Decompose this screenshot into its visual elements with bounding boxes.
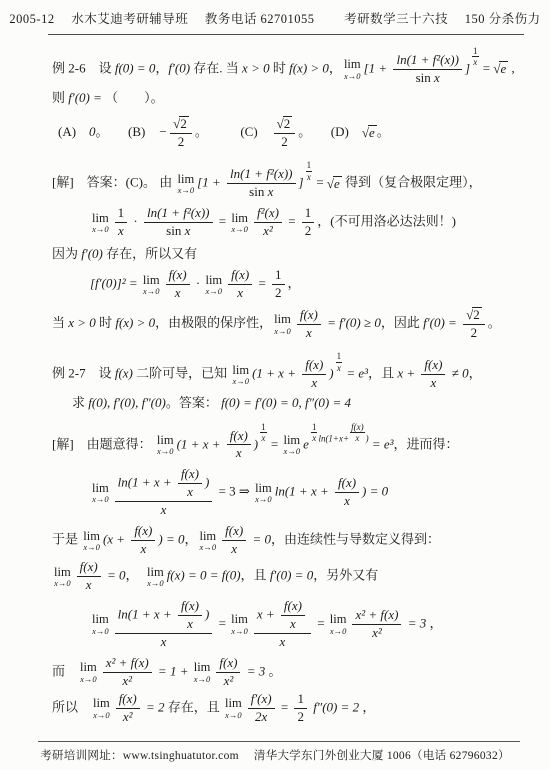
limit-subscript: x→0	[157, 447, 174, 456]
fraction: 1x	[472, 46, 479, 68]
math-run: = 3	[243, 663, 265, 678]
limit-word: lim	[205, 274, 222, 287]
math-run: x	[344, 493, 350, 508]
denominator: x	[115, 634, 213, 650]
numerator: 1	[336, 351, 343, 362]
limit-subscript: x→0	[205, 287, 222, 296]
page-footer: 考研培训网址：www.tsinghuatutor.com 清华大学东门外创业大厦…	[0, 747, 550, 763]
denominator: x	[335, 493, 359, 509]
fraction: f(x)x	[166, 268, 190, 301]
text-run: =	[216, 213, 230, 228]
text-run: =	[278, 699, 292, 714]
numerator: 1	[472, 46, 479, 57]
text-run: 2	[281, 134, 288, 149]
text-run: 所以	[52, 699, 91, 714]
denominator: x	[115, 223, 128, 239]
text-run: 因为	[52, 246, 81, 261]
numerator: f(x)	[178, 467, 202, 484]
text-run: 2	[297, 709, 304, 724]
limit-subscript: x→0	[225, 711, 242, 720]
fraction: f²(x)x²	[254, 206, 282, 239]
numerator: ln(1 + x + f(x)x)	[115, 599, 213, 634]
fraction: f(x)x	[178, 599, 202, 632]
math-run: f(x)	[115, 366, 133, 381]
numerator: f′(x)	[248, 692, 275, 709]
fraction: f(x)x	[77, 560, 101, 593]
text-run: 1	[118, 205, 125, 220]
math-run: x	[434, 70, 440, 85]
text-run: 1	[337, 351, 342, 361]
denominator: x	[302, 375, 326, 391]
limit-subscript: x→0	[93, 711, 110, 720]
numerator: f(x)	[297, 308, 321, 325]
math-run: e	[334, 176, 340, 191]
text-run: （ ）。	[105, 90, 164, 105]
text-run: 2	[305, 223, 312, 238]
math-run: 2x	[255, 709, 267, 724]
fraction: 12	[302, 206, 315, 239]
problem-2-7-answer: 求 f(0), f′(0), f″(0)。答案： f(0) = f′(0) = …	[72, 394, 526, 412]
math-run: f′(0) =	[423, 315, 460, 330]
limit-word: lim	[283, 434, 300, 447]
math-run: x² + f(x)	[355, 607, 398, 622]
because-derivative-exists: 因为 f′(0) 存在，所以又有	[52, 245, 526, 263]
radicand: 2	[472, 307, 482, 323]
math-run: x²	[122, 673, 132, 688]
denominator: x²	[254, 223, 282, 239]
numerator: f(x)	[116, 692, 140, 709]
text-run: [解] 答案：(C)。 由	[52, 175, 176, 190]
text-run: 。答案：	[166, 395, 221, 410]
math-run: f(x)	[284, 598, 302, 613]
text-run: ，	[184, 532, 197, 547]
numerator: x² + f(x)	[352, 608, 401, 625]
scanned-document-page: 2005-12 水木艾迪考研辅导班 教务电话 62701055 考研数学三十六技…	[0, 0, 550, 770]
text-run: =	[268, 436, 282, 451]
math-run: x	[187, 616, 193, 631]
denominator: x	[166, 285, 190, 301]
page-header: 2005-12 水木艾迪考研辅导班 教务电话 62701055 考研数学三十六技…	[0, 0, 550, 27]
text-run: 。 (B)	[96, 124, 159, 139]
text-run: sin	[249, 184, 267, 199]
math-run: ln(1+x+	[318, 433, 349, 443]
limit-subscript: x→0	[231, 225, 248, 234]
fraction: √22	[170, 116, 192, 150]
math-run: f′(0) = 0	[270, 568, 313, 583]
limit-word: lim	[330, 613, 347, 626]
text-run: ，	[426, 615, 442, 630]
numerator: f²(x)	[254, 206, 282, 223]
radicand: 2	[283, 116, 293, 132]
limit-word: lim	[157, 434, 174, 447]
text-run: 。	[488, 315, 501, 330]
limit-operator: limx→0	[83, 530, 100, 552]
math-run: (1 + x +	[177, 436, 224, 451]
solution-2-7-intro: [解] 由题意得： limx→0(1 + x + f(x)x)1x = limx…	[52, 422, 526, 462]
math-run: f(x)	[351, 422, 364, 432]
denominator: x²	[103, 673, 152, 689]
denominator: x	[131, 541, 155, 557]
text-run: =	[255, 276, 269, 291]
limit-operator: limx→0	[232, 364, 249, 386]
continuity-line: 于是 limx→0(x + f(x)x) = 0，limx→0f(x)x = 0…	[52, 524, 526, 557]
conclusion-line: 所以 limx→0f(x)x² = 2 存在，且 limx→0f′(x)2x =…	[52, 692, 526, 725]
limit-word: lim	[231, 613, 248, 626]
math-run: [f′(0)]² =	[90, 276, 141, 291]
math-run: f(x)	[119, 691, 137, 706]
text-run: 1	[473, 46, 478, 56]
limit-word: lim	[225, 697, 242, 710]
math-run: f(x)	[181, 466, 199, 481]
denominator: x	[254, 634, 311, 650]
limit-word: lim	[344, 58, 361, 71]
math-run: = 3	[404, 615, 426, 630]
denominator: x	[421, 375, 445, 391]
fraction: ln(1 + x + f(x)x)x	[115, 599, 213, 650]
fraction: √22	[463, 307, 485, 341]
limit-operator: limx→0	[205, 274, 222, 296]
math-run: x²	[263, 223, 273, 238]
math-run: f(x)	[181, 598, 199, 613]
math-run: x	[307, 172, 311, 182]
fraction: √22	[274, 116, 296, 150]
text-run: 时	[96, 315, 116, 330]
limit-operator: limx→0	[80, 661, 97, 683]
math-run: (1 + x +	[252, 366, 299, 381]
math-run: x > 0	[68, 315, 96, 330]
denominator: sin x	[144, 223, 212, 239]
math-run: )	[205, 606, 209, 621]
fraction: x² + f(x)x²	[103, 656, 152, 689]
limit-operator: limx→0	[344, 58, 361, 80]
square-root: √e	[493, 61, 508, 77]
text-run: ，另外又有	[313, 568, 378, 583]
numerator: ln(1 + x + f(x)x)	[115, 467, 213, 502]
text-run: 。 (D)	[298, 124, 362, 139]
limit-subscript: x→0	[147, 579, 164, 588]
denominator: x²	[352, 625, 401, 641]
footer-rule	[38, 741, 520, 742]
text-run: ,	[508, 60, 515, 75]
math-run: x	[118, 223, 124, 238]
formula-derivative-squared: [f′(0)]² = limx→0f(x)x · limx→0f(x)x = 1…	[90, 268, 526, 301]
numerator: f(x)	[421, 358, 445, 375]
math-run: f²(x)	[257, 205, 279, 220]
fraction: 12	[294, 692, 307, 725]
math-run: x	[161, 634, 167, 649]
denominator: x	[227, 445, 251, 461]
text-run: =	[480, 60, 494, 75]
radicand: 2	[179, 116, 189, 132]
text-run: 存在，且	[165, 699, 224, 714]
text-run: 当	[52, 315, 68, 330]
denominator: sin x	[227, 184, 295, 200]
limit-subscript: x→0	[232, 377, 249, 386]
math-run: x	[280, 634, 286, 649]
numerator: f(x)	[216, 656, 240, 673]
math-run: (x +	[103, 532, 128, 547]
text-run: 2	[180, 116, 187, 131]
math-run: ln(1 + f²(x))	[396, 52, 458, 67]
numerator: 1	[294, 692, 307, 709]
denominator: x	[281, 616, 305, 632]
math-run: x² + f(x)	[106, 655, 149, 670]
math-run: ) = 0	[158, 532, 184, 547]
math-run: x	[337, 363, 341, 373]
limit-operator: limx→0	[178, 173, 195, 195]
text-run: 存在，所以又有	[103, 246, 197, 261]
math-run: = e³	[369, 436, 394, 451]
limit-operator: limx→0	[143, 274, 160, 296]
math-run: x	[355, 433, 359, 443]
fraction: 1x	[260, 422, 267, 444]
math-run: )	[205, 475, 209, 490]
text-run: 。 (C)	[195, 124, 271, 139]
math-run: x	[161, 502, 167, 517]
numerator: f(x)	[77, 560, 101, 577]
text-run: ，	[329, 60, 342, 75]
text-run: ，	[288, 276, 301, 291]
superscript: 1x	[305, 160, 314, 182]
limit-operator: limx→0	[157, 434, 174, 456]
numerator: ln(1 + f²(x))	[144, 206, 212, 223]
math-run: f(x) = 0 = f(0)	[167, 568, 241, 583]
text-run: ，由极限的保序性，	[155, 315, 272, 330]
limit-operator: limx→0	[231, 613, 248, 635]
fraction: f(x)x	[228, 268, 252, 301]
limit-subscript: x→0	[80, 675, 97, 684]
text-run: 1	[297, 691, 304, 706]
limit-operator: limx→0	[54, 566, 71, 588]
formula-log-limit: limx→0ln(1 + x + f(x)x)x = 3 ⇒ limx→0ln(…	[90, 467, 526, 518]
math-run: x	[175, 285, 181, 300]
fraction: f(x)x	[222, 524, 246, 557]
text-run: 2	[178, 134, 185, 149]
math-run: e	[500, 61, 506, 76]
numerator: 1	[311, 422, 318, 433]
limit-word: lim	[194, 661, 211, 674]
math-run: ln(1 + x +	[118, 475, 175, 490]
numerator: f(x)	[281, 599, 305, 616]
math-run: x	[268, 184, 274, 199]
math-run: f(x)	[305, 357, 323, 372]
limit-subscript: x→0	[178, 186, 195, 195]
text-run: 1	[261, 422, 266, 432]
math-run: x	[290, 616, 296, 631]
text-run: ，(不可用洛必达法则！)	[317, 213, 456, 228]
math-run: f(x) > 0	[115, 315, 155, 330]
limit-word: lim	[92, 482, 109, 495]
radicand: e	[368, 125, 377, 141]
math-run: f(x)	[225, 523, 243, 538]
text-run: =	[314, 615, 328, 630]
fraction: x² + f(x)x²	[352, 608, 401, 641]
limit-operator: limx→0	[147, 566, 164, 588]
math-run: f(x)	[424, 357, 442, 372]
formula-chain: limx→0ln(1 + x + f(x)x)x = limx→0x + f(x…	[90, 599, 526, 650]
limit-operator: limx→0	[330, 613, 347, 635]
denominator: 2	[463, 325, 485, 341]
numerator: ln(1 + f²(x))	[227, 167, 295, 184]
math-run: f(x)	[80, 559, 98, 574]
fraction: f(x)x	[281, 599, 305, 632]
denominator: 2x	[248, 709, 275, 725]
text-run: 1	[312, 422, 317, 432]
denominator: x	[222, 541, 246, 557]
math-run: ln(1 + x +	[118, 606, 175, 621]
math-run: f(x)	[231, 267, 249, 282]
limit-subscript: x→0	[92, 495, 109, 504]
math-run: x	[185, 223, 191, 238]
limit-operator: limx→0	[255, 482, 272, 504]
math-run: x	[431, 375, 437, 390]
math-run: f′(0) =	[68, 90, 105, 105]
text-run: 于是	[52, 532, 81, 547]
text-run: 时	[270, 60, 290, 75]
superscript: 1x	[471, 46, 480, 68]
fraction: x + f(x)xx	[254, 599, 311, 650]
numerator: f(x)	[222, 524, 246, 541]
text-run: 二阶可导，已知	[133, 366, 231, 381]
denominator: 2	[272, 285, 285, 301]
limit-operator: limx→0	[283, 434, 300, 456]
math-run: ) = 0	[362, 484, 388, 499]
limit-word: lim	[255, 482, 272, 495]
math-run: x²	[123, 709, 133, 724]
text-run: 例 2-6 设	[52, 60, 115, 75]
limit-word: lim	[92, 613, 109, 626]
math-run: f(x)	[134, 523, 152, 538]
denominator: x	[311, 433, 318, 443]
fraction: ln(1 + x + f(x)x)x	[115, 467, 213, 518]
problem-2-6-options: (A) 0。 (B) −√22。 (C) √22。 (D) √e。	[58, 116, 526, 150]
denominator: x	[350, 433, 365, 443]
math-run: x +	[397, 366, 418, 381]
square-root: √2	[173, 116, 189, 132]
formula-composite-limit: limx→01x · ln(1 + f²(x))sin x = limx→0f²…	[90, 206, 526, 239]
denominator: 2	[302, 223, 315, 239]
problem-2-6-question: 则 f′(0) = （ ）。	[52, 89, 526, 107]
limit-subscript: x→0	[92, 225, 109, 234]
text-run: =	[215, 615, 229, 630]
math-run: f″(0) = 2	[310, 699, 359, 714]
math-run: f′(x)	[251, 691, 272, 706]
denominator: x	[228, 285, 252, 301]
limit-word: lim	[92, 212, 109, 225]
math-run: = 0	[104, 568, 126, 583]
numerator: x² + f(x)	[103, 656, 152, 673]
problem-2-6-statement: 例 2-6 设 f(0) = 0，f′(0) 存在. 当 x > 0 时 f(x…	[52, 46, 526, 86]
text-run: 1	[275, 267, 282, 282]
limit-word: lim	[143, 274, 160, 287]
math-run: x	[236, 445, 242, 460]
denominator: x	[472, 57, 479, 67]
math-run: = e³	[343, 366, 368, 381]
numerator: f(x)	[131, 524, 155, 541]
math-run: −	[158, 124, 167, 139]
text-run: ，因此	[381, 315, 423, 330]
limit-operator: limx→0	[199, 530, 216, 552]
denominator: 2	[294, 709, 307, 725]
numerator: 1	[260, 422, 267, 433]
numerator: 1	[302, 206, 315, 223]
text-run: 2	[275, 285, 282, 300]
text-run: ·	[193, 276, 204, 291]
superscript: 1x	[335, 351, 344, 373]
text-run: =	[313, 175, 327, 190]
text-run: ，且	[241, 568, 270, 583]
sign-preservation-conclusion: 当 x > 0 时 f(x) > 0，由极限的保序性，limx→0f(x)x =…	[52, 307, 526, 341]
denominator: x	[178, 484, 202, 500]
numerator: f(x)	[166, 268, 190, 285]
square-root: √2	[277, 116, 293, 132]
text-run: ，	[469, 366, 482, 381]
numerator: 1	[272, 268, 285, 285]
fraction: f(x)x	[227, 429, 251, 462]
limit-word: lim	[54, 566, 71, 579]
limit-subscript: x→0	[199, 543, 216, 552]
math-run: )	[329, 366, 333, 381]
math-run: ln(1 + f²(x))	[147, 205, 209, 220]
numerator: 1	[115, 206, 128, 223]
limit-subscript: x→0	[194, 675, 211, 684]
text-run: (A)	[58, 124, 89, 139]
numerator: f(x)	[302, 358, 326, 375]
math-run: e	[369, 125, 375, 140]
text-run: 2	[284, 116, 291, 131]
text-run: 2	[473, 307, 480, 322]
text-run: 。	[265, 663, 281, 678]
limit-word: lim	[93, 697, 110, 710]
square-root: √2	[466, 307, 482, 323]
denominator: 2	[170, 134, 192, 150]
numerator: f(x)	[227, 429, 251, 446]
numerator: f(x)	[350, 422, 365, 433]
text-run: 得到（复合极限定理），	[342, 175, 482, 190]
math-run: x	[306, 325, 312, 340]
denominator: x	[297, 325, 321, 341]
limit-subscript: x→0	[83, 543, 100, 552]
math-run: f(x)	[300, 307, 318, 322]
math-run: ≠ 0	[448, 366, 468, 381]
math-run: x > 0	[242, 60, 270, 75]
limit-subscript: x→0	[255, 495, 272, 504]
math-run: f(0) = 0	[115, 60, 156, 75]
limit-subscript: x→0	[143, 287, 160, 296]
superscript: 1xln(1+x+f(x)x)	[310, 422, 369, 444]
math-run: [1 +	[197, 175, 224, 190]
denominator: x²	[116, 709, 140, 725]
limit-word: lim	[178, 173, 195, 186]
radicand: e	[499, 61, 508, 77]
superscript: 1x	[259, 422, 268, 444]
denominator: x	[260, 433, 267, 443]
math-run: x	[237, 285, 243, 300]
math-run: x	[140, 541, 146, 556]
fraction: 1x	[306, 160, 313, 182]
text-run: 求	[72, 395, 88, 410]
text-run: ，由连续性与导数定义得到：	[271, 532, 440, 547]
fraction: f(x)x	[335, 476, 359, 509]
text-run: = 3 ⇒	[215, 484, 253, 499]
text-run: 2	[471, 325, 478, 340]
math-run: x +	[257, 606, 278, 621]
math-run: f(x) > 0	[289, 60, 329, 75]
limit-operator: limx→0	[93, 697, 110, 719]
limit-subscript: x→0	[274, 327, 291, 336]
limit-operator: limx→0	[92, 482, 109, 504]
text-run: ·	[130, 213, 141, 228]
